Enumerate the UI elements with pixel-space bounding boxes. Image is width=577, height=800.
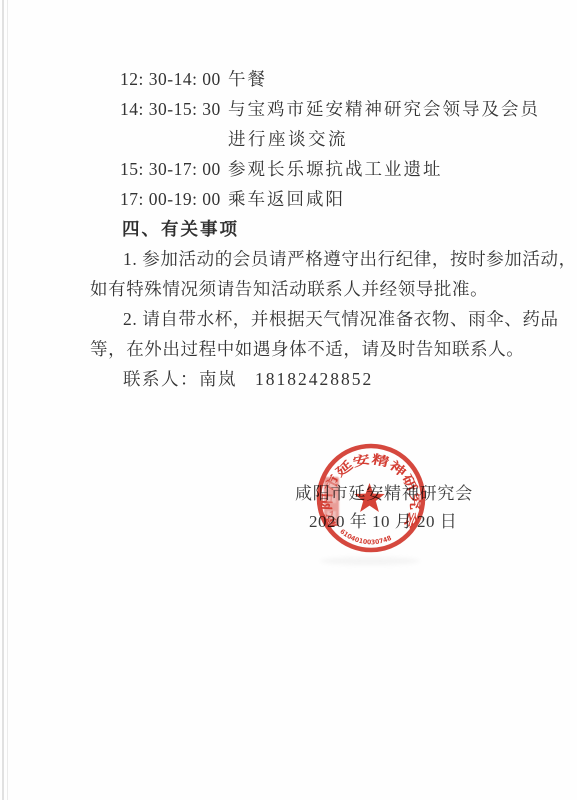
- scan-edge-artifact: [7, 0, 8, 800]
- schedule-row: 12: 30-14: 00 午餐: [120, 64, 526, 94]
- note-line: 等，在外出过程中如遇身体不适，请及时告知联系人。: [90, 334, 526, 364]
- seal-inner-mark: [324, 477, 339, 525]
- scanned-document-page: 12: 30-14: 00 午餐 14: 30-15: 30 与宝鸡市延安精神研…: [0, 0, 577, 800]
- official-seal: 咸阳市延安精神研究会 6104010030748: [296, 423, 446, 573]
- schedule-row: 17: 00-19: 00 乘车返回咸阳: [120, 184, 526, 214]
- schedule-activity: 参观长乐塬抗战工业遗址: [228, 154, 443, 184]
- note-line: 2. 请自带水杯，并根据天气情况准备衣物、雨伞、药品: [123, 304, 526, 334]
- section-heading: 四、有关事项: [122, 214, 526, 244]
- schedule-activity-continuation: 进行座谈交流: [228, 124, 526, 154]
- note-line: 1. 参加活动的会员请严格遵守出行纪律，按时参加活动，: [123, 244, 526, 274]
- schedule-time: 12: 30-14: 00: [120, 64, 228, 94]
- schedule-time: 15: 30-17: 00: [120, 154, 228, 184]
- contact-line: 联系人：南岚18182428852: [123, 364, 526, 394]
- note-paragraph: 1. 参加活动的会员请严格遵守出行纪律，按时参加活动， 如有特殊情况须请告知活动…: [90, 244, 526, 304]
- scan-edge-artifact: [2, 0, 4, 800]
- contact-phone: 18182428852: [255, 369, 373, 389]
- schedule-activity: 与宝鸡市延安精神研究会领导及会员: [228, 94, 540, 124]
- note-paragraph: 2. 请自带水杯，并根据天气情况准备衣物、雨伞、药品 等，在外出过程中如遇身体不…: [90, 304, 526, 364]
- schedule-time: 14: 30-15: 30: [120, 94, 228, 124]
- schedule-row: 15: 30-17: 00 参观长乐塬抗战工业遗址: [120, 154, 526, 184]
- contact-label: 联系人：: [123, 369, 199, 389]
- document-body: 12: 30-14: 00 午餐 14: 30-15: 30 与宝鸡市延安精神研…: [90, 64, 526, 394]
- contact-name: 南岚: [199, 369, 237, 389]
- schedule-row: 14: 30-15: 30 与宝鸡市延安精神研究会领导及会员: [120, 94, 526, 124]
- schedule-time: 17: 00-19: 00: [120, 184, 228, 214]
- schedule-activity: 乘车返回咸阳: [228, 184, 345, 214]
- schedule-activity: 午餐: [228, 64, 267, 94]
- seal-star-icon: [354, 483, 384, 512]
- note-line: 如有特殊情况须请告知活动联系人并经领导批准。: [90, 274, 526, 304]
- scan-smudge-artifact: [320, 557, 420, 565]
